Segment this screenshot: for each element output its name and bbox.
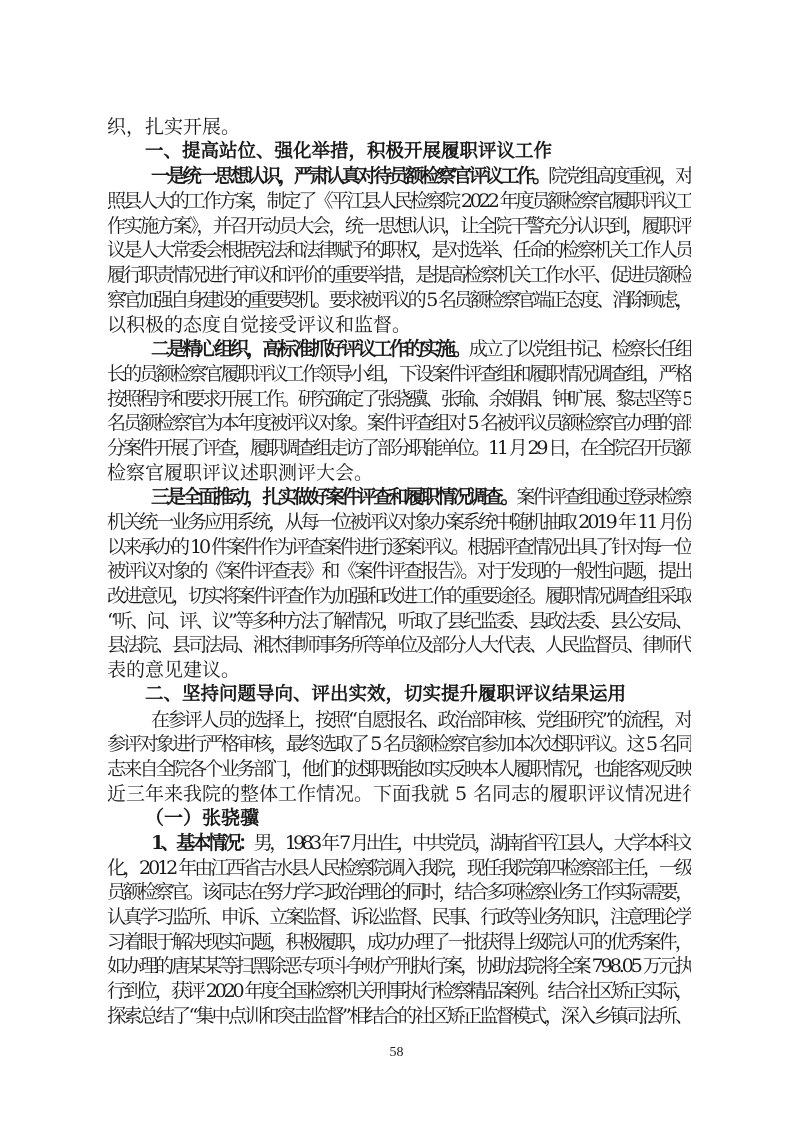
paragraph-line: 习着眼于解决现实问题，积极履职，成功办理了一批获得上级院认可的优秀案件， <box>107 930 691 955</box>
paragraph-line: 志来自全院各个业务部门，他们的述职既能如实反映本人履职情况，也能客观反映 <box>107 757 691 782</box>
paragraph-line: 以来承办的 10 件案件作为评查案件进行逐案评议。根据评查情况出具了针对每一位 <box>107 535 691 560</box>
paragraph-line: 化，2012 年由江西省吉水县人民检察院调入我院，现任我院第四检察部主任，一级 <box>107 856 691 881</box>
document-page: 织，扎实开展。 一、提高站位、强化举措，积极开展履职评议工作 一是统一思想认识，… <box>0 0 793 1122</box>
paragraph-line: 机关统一业务应用系统，从每一位被评议对象办案系统中随机抽取 2019 年 11 … <box>107 510 691 535</box>
subsection-heading: （一）张骁骥 <box>107 806 691 831</box>
bold-lead: 二是精心组织，高标准抓好评议工作的实施。 <box>151 338 469 360</box>
paragraph-line: 1、基本情况：男，1983 年 7 月出生，中共党员，湖南省平江县人，大学本科文 <box>107 831 691 856</box>
paragraph-line: 议是人大常委会根据宪法和法律赋予的职权，是对选举、任命的检察机关工作人员 <box>107 238 691 263</box>
paragraph-line: 名员额检察官为本年度被评议对象。案件评查组对 5 名被评议员额检察官办理的部 <box>107 411 691 436</box>
paragraph-line: 改进意见，切实将案件评查作为加强和改进工作的重要途径。履职情况调查组采取 <box>107 584 691 609</box>
paragraph-line: 表的意见建议。 <box>107 658 691 683</box>
paragraph-line: 检察官履职评议述职测评大会。 <box>107 461 691 486</box>
paragraph-line: 县法院、县司法局、湘杰律师事务所等单位及部分人大代表、人民监督员、律师代 <box>107 633 691 658</box>
paragraph-line: 参评对象进行严格审核，最终选取了 5 名员额检察官参加本次述职评议。这 5 名同 <box>107 732 691 757</box>
paragraph-line: 以积极的态度自觉接受评议和监督。 <box>107 313 691 338</box>
paragraph-line: 三是全面推动，扎实做好案件评查和履职情况调查。案件评查组通过登录检察 <box>107 485 691 510</box>
bold-lead: 三是全面推动，扎实做好案件评查和履职情况调查。 <box>151 486 516 508</box>
paragraph-line: 二是精心组织，高标准抓好评议工作的实施。成立了以党组书记、检察长任组 <box>107 337 691 362</box>
document-body: 织，扎实开展。 一、提高站位、强化举措，积极开展履职评议工作 一是统一思想认识，… <box>107 115 691 1028</box>
paragraph-line: 行到位，获评 2020 年度全国检察机关刑事执行检察精品案例。结合社区矫正实际， <box>107 979 691 1004</box>
paragraph-line: 探索总结了“集中点训和突击监督”相结合的社区矫正监督模式，深入乡镇司法所、 <box>107 1004 691 1029</box>
page-number: 58 <box>0 1045 793 1061</box>
paragraph-line: 被评议对象的《案件评查表》和《案件评查报告》。对于发现的一般性问题，提出 <box>107 559 691 584</box>
paragraph-line: 一是统一思想认识，严肃认真对待员额检察官评议工作。院党组高度重视，对 <box>107 164 691 189</box>
paragraph-line: 长的员额检察官履职评议工作领导小组，下设案件评查组和履职情况调查组，严格 <box>107 362 691 387</box>
paragraph-line: 察官加强自身建设的重要契机。要求被评议的 5 名员额检察官端正态度、消除顾虑， <box>107 288 691 313</box>
paragraph-line: 照县人大的工作方案，制定了《平江县人民检察院 2022 年度员额检察官履职评议工 <box>107 189 691 214</box>
section-heading-1: 一、提高站位、强化举措，积极开展履职评议工作 <box>107 140 691 165</box>
bold-lead: 一是统一思想认识，严肃认真对待员额检察官评议工作。 <box>151 165 548 187</box>
paragraph-text: 案件评查组通过登录检察 <box>516 486 691 508</box>
paragraph-line: “听、问、评、议”等多种方法了解情况，听取了县纪监委、县政法委、县公安局、 <box>107 609 691 634</box>
paragraph-line: 近三年来我院的整体工作情况。下面我就 5 名同志的履职评议情况进行介绍： <box>107 782 691 807</box>
paragraph-text: 成立了以党组书记、检察长任组 <box>469 338 691 360</box>
paragraph-line: 履行职责情况进行审议和评价的重要举措，是提高检察机关工作水平、促进员额检 <box>107 263 691 288</box>
section-heading-2: 二、坚持问题导向、评出实效，切实提升履职评议结果运用 <box>107 683 691 708</box>
paragraph-line: 员额检察官。该同志在努力学习政治理论的同时，结合多项检察业务工作实际需要， <box>107 880 691 905</box>
bold-lead: 1、基本情况： <box>151 832 254 854</box>
paragraph-line: 分案件开展了评查，履职调查组走访了部分职能单位。11 月 29 日，在全院召开员… <box>107 436 691 461</box>
paragraph-line: 在参评人员的选择上，按照“自愿报名、政治部审核、党组研究”的流程，对 <box>107 708 691 733</box>
paragraph-line: 认真学习监所、申诉、立案监督、诉讼监督、民事、行政等业务知识，注意理论学 <box>107 905 691 930</box>
paragraph-line: 作实施方案》，并召开动员大会，统一思想认识，让全院干警充分认识到，履职评 <box>107 214 691 239</box>
paragraph-text: 男，1983 年 7 月出生，中共党员，湖南省平江县人，大学本科文 <box>254 832 691 854</box>
paragraph-text: 院党组高度重视，对 <box>548 165 691 187</box>
paragraph-line: 如办理的唐某某等扫黑除恶专项斗争财产刑执行案，协助法院将全案 798.05 万元… <box>107 954 691 979</box>
paragraph-line: 织，扎实开展。 <box>107 115 691 140</box>
paragraph-line: 按照程序和要求开展工作。研究确定了张骁骥、张瑜、余娟娟、钟旷展、黎志坚等 5 <box>107 387 691 412</box>
